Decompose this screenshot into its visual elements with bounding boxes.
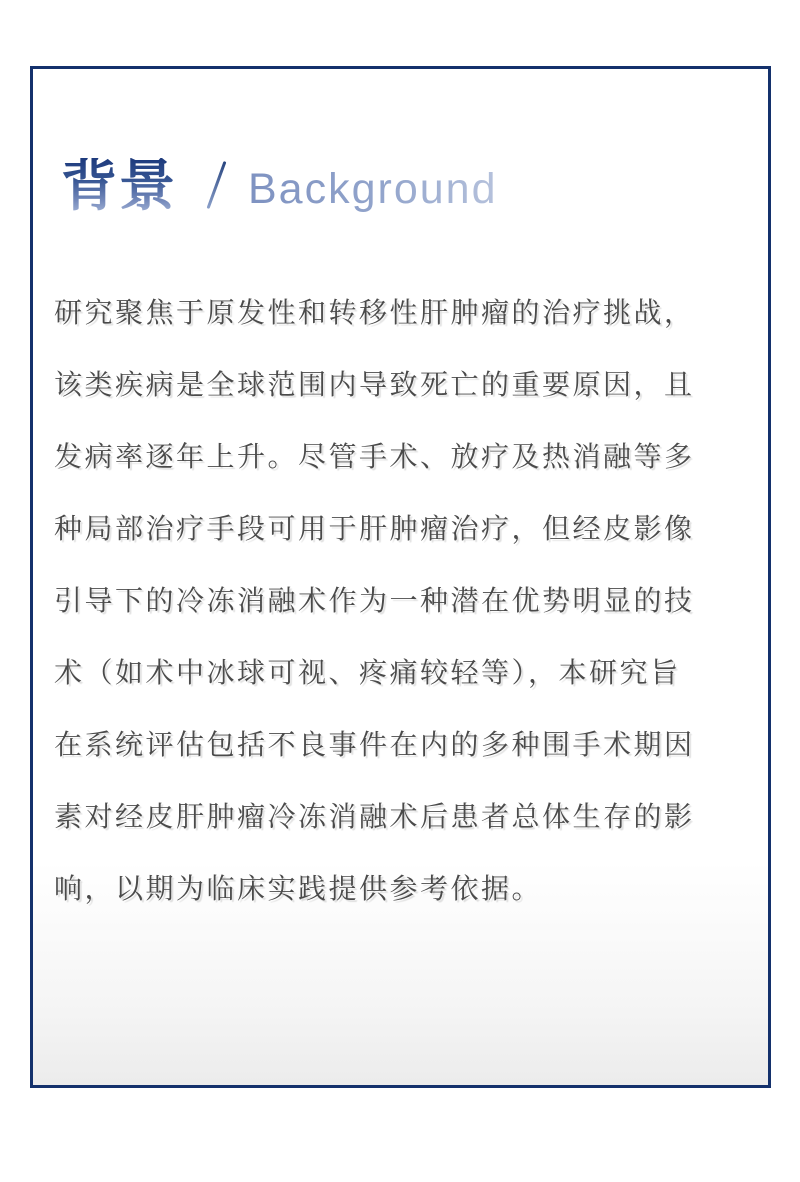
paragraph-line: 响，以期为临床实践提供参考依据。: [54, 853, 744, 925]
paragraph-line: 引导下的冷冻消融术作为一种潜在优势明显的技: [54, 565, 744, 637]
paragraph-line: 在系统评估包括不良事件在内的多种围手术期因: [54, 709, 744, 781]
background-section-card: 背景 Background 研究聚焦于原发性和转移性肝肿瘤的治疗挑战， 该类疾病…: [30, 66, 771, 1088]
paragraph-line: 素对经皮肝肿瘤冷冻消融术后患者总体生存的影: [54, 781, 744, 853]
slash-divider-icon: [207, 161, 227, 209]
section-title-english: Background: [248, 166, 498, 212]
paragraph-line: 研究聚焦于原发性和转移性肝肿瘤的治疗挑战，: [54, 277, 744, 349]
paragraph-line: 种局部治疗手段可用于肝肿瘤治疗，但经皮影像: [54, 493, 744, 565]
paragraph-line: 该类疾病是全球范围内导致死亡的重要原因，且: [54, 349, 744, 421]
section-header: 背景 Background: [61, 158, 498, 214]
section-title-chinese: 背景: [61, 158, 177, 214]
paragraph-line: 术（如术中冰球可视、疼痛较轻等），本研究旨: [54, 637, 744, 709]
paragraph-line: 发病率逐年上升。尽管手术、放疗及热消融等多: [54, 421, 744, 493]
background-paragraph: 研究聚焦于原发性和转移性肝肿瘤的治疗挑战， 该类疾病是全球范围内导致死亡的重要原…: [54, 277, 744, 925]
